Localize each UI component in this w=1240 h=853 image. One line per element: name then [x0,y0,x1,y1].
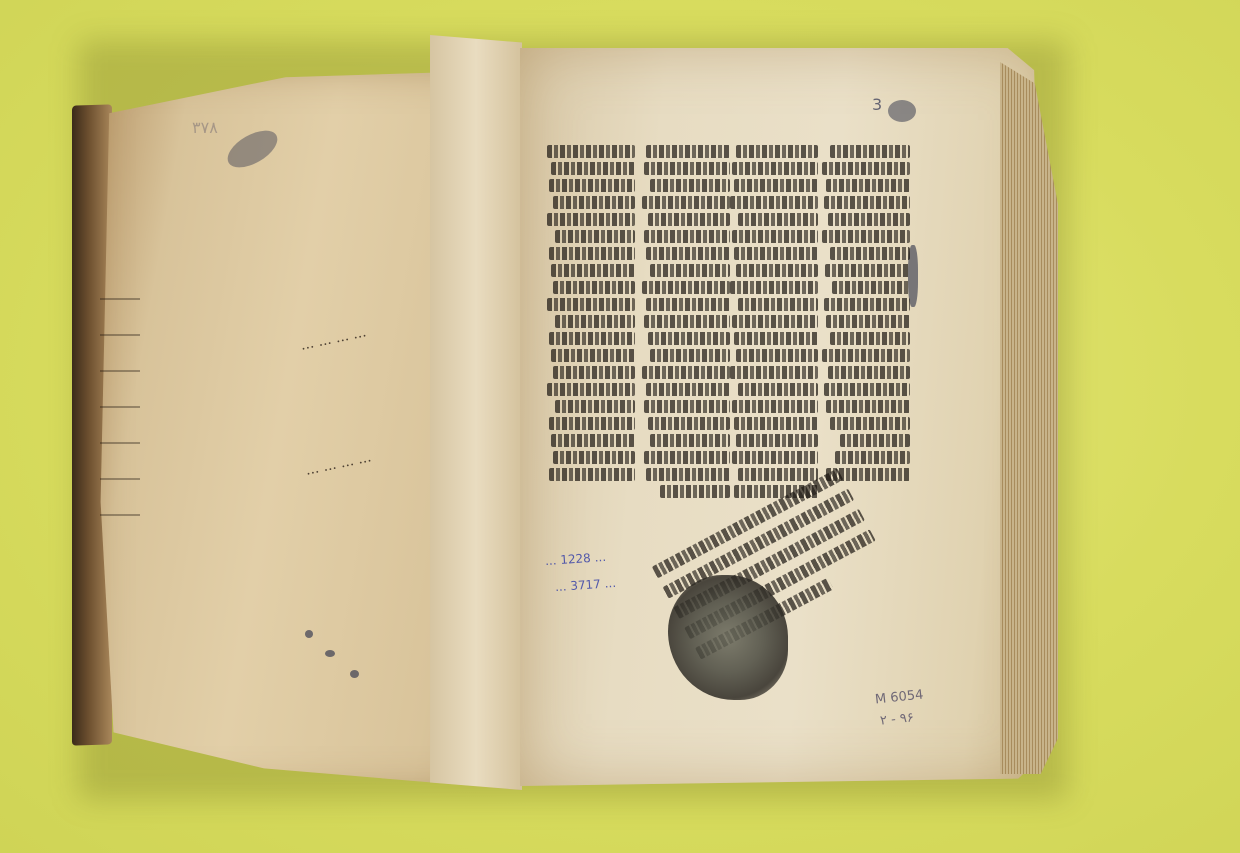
left-page-ink-dot [325,650,335,657]
left-margin-notes [100,280,140,520]
left-page-ink-dot [350,670,359,678]
left-corner-mark: ۳۷۸ [192,118,218,137]
right-corner-number: 3 [872,95,882,114]
left-page-ink-dot [305,630,313,638]
right-corner-blot [888,100,916,122]
text-column-4 [545,145,635,525]
left-page-fold [430,35,522,790]
text-column-3 [640,145,730,525]
text-column-2 [728,145,818,525]
photo-scene: ۳۷۸ ... ... ... ... ... ... ... ... 3 [0,0,1240,853]
page-edges [1000,62,1058,774]
